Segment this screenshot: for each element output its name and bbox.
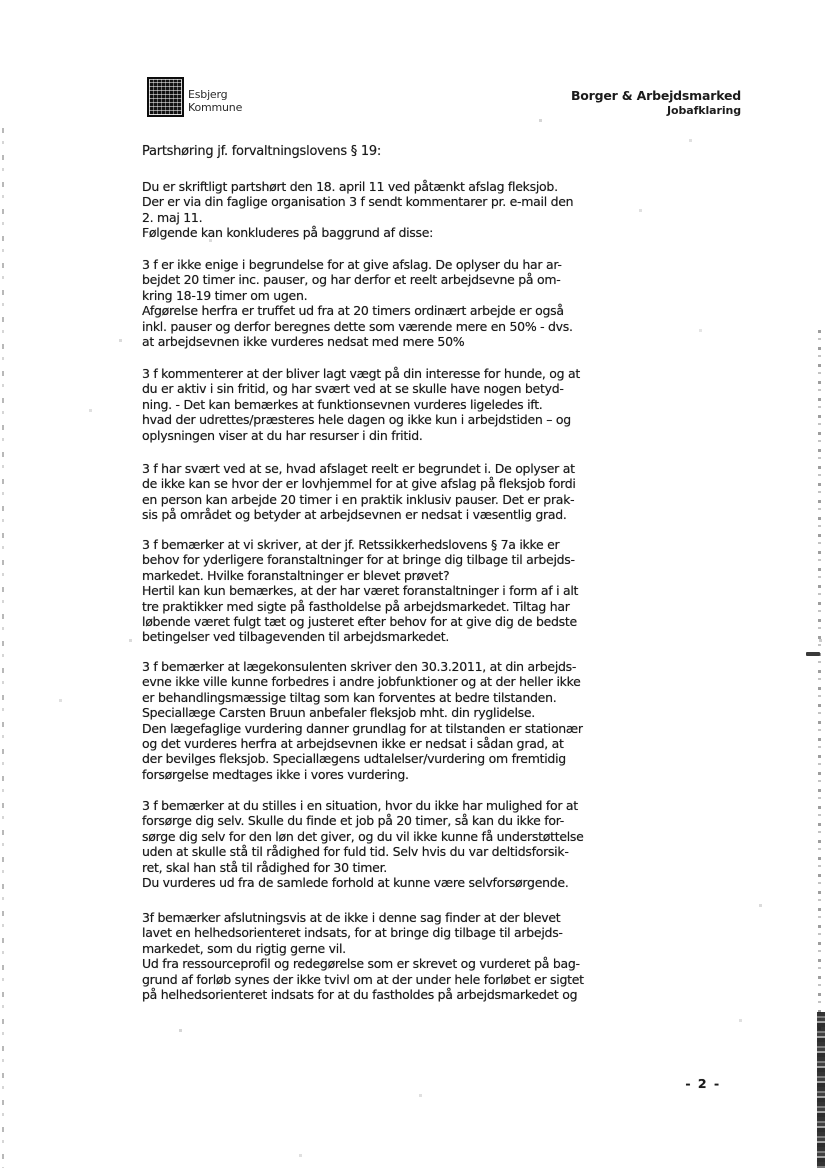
unit-name: Jobafklaring	[571, 104, 741, 117]
paragraph-3f-disagrees: 3 f er ikke enige i begrundelse for at g…	[142, 257, 652, 349]
scan-edge-right-dark	[817, 1012, 825, 1168]
scan-noise	[0, 0, 1, 1]
header-department-block: Borger & Arbejdsmarked Jobafklaring	[571, 89, 741, 117]
municipality-name: Esbjerg Kommune	[188, 88, 242, 114]
paragraph-3f-comments-interests: 3 f kommenterer at der bliver lagt vægt …	[142, 366, 652, 443]
department-name: Borger & Arbejdsmarked	[571, 89, 741, 103]
municipality-line2: Kommune	[188, 101, 242, 114]
paragraph-self-support: 3 f bemærker at du stilles i en situatio…	[142, 798, 652, 890]
municipality-line1: Esbjerg	[188, 88, 242, 101]
paragraph-3f-legal-basis: 3 f har svært ved at se, hvad afslaget r…	[142, 461, 652, 523]
page-number: - 2 -	[672, 1076, 734, 1091]
paragraph-retssikkerhedsloven: 3 f bemærker at vi skriver, at der jf. R…	[142, 537, 652, 645]
scan-artifact-dash	[806, 652, 820, 656]
paragraph-closing-remarks: 3f bemærker afslutningsvis at de ikke i …	[142, 910, 652, 1002]
esbjerg-coat-of-arms-icon	[147, 77, 184, 117]
paragraph-medical-assessment: 3 f bemærker at lægekonsulenten skriver …	[142, 659, 652, 782]
scan-edge-right	[818, 330, 821, 1030]
document-title: Partshøring jf. forvaltningslovens § 19:	[142, 144, 381, 159]
scanned-letter-page: Esbjerg Kommune Borger & Arbejdsmarked J…	[0, 0, 825, 1168]
paragraph-hearing-intro: Du er skriftligt partshørt den 18. april…	[142, 179, 652, 241]
scan-edge-left	[2, 128, 4, 1168]
